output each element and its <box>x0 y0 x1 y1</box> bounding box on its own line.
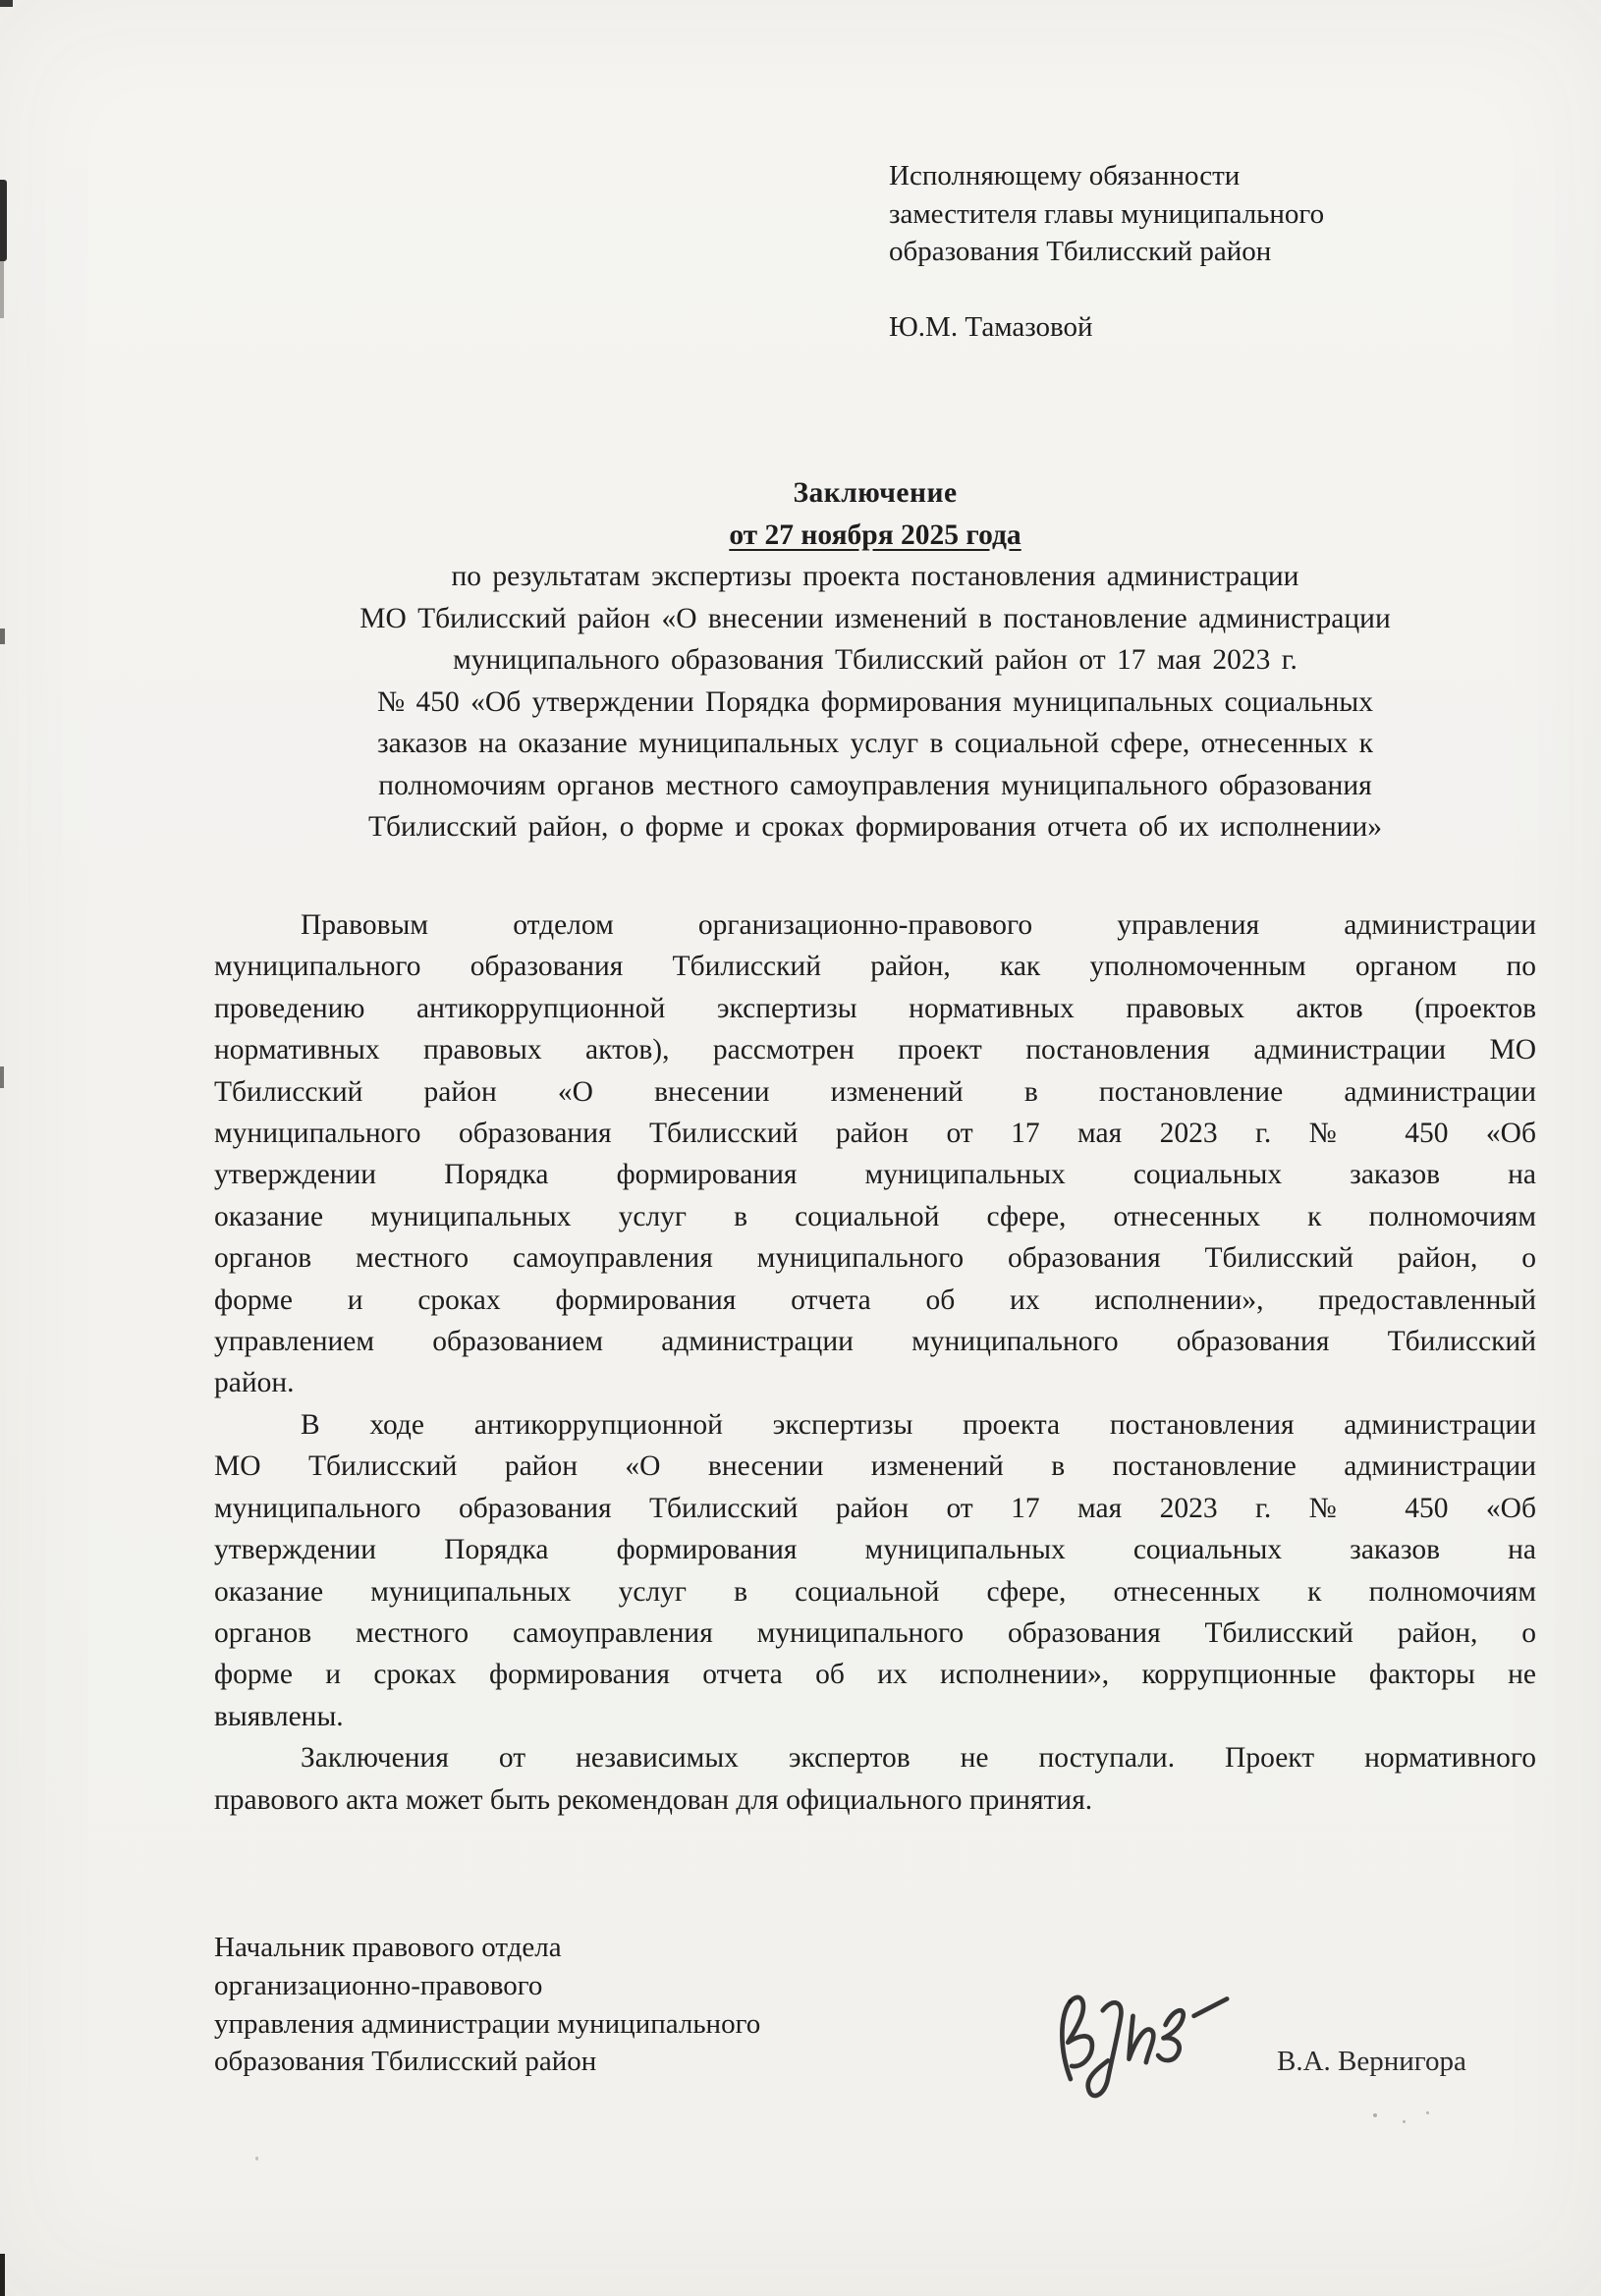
body-line: форме и сроках формирования отчета об их… <box>214 1654 1536 1695</box>
subtitle-line: заказов на оказание муниципальных услуг … <box>214 723 1536 765</box>
handwritten-signature-icon <box>1023 1960 1274 2125</box>
subtitle-line: муниципального образования Тбилисский ра… <box>214 639 1536 682</box>
addressee-line: Исполняющему обязанности <box>889 157 1324 195</box>
body-line: органов местного самоуправления муниципа… <box>214 1613 1536 1654</box>
subtitle-line: № 450 «Об утверждении Порядка формирован… <box>214 682 1536 724</box>
paragraph-2: В ходе антикоррупционной экспертизы прое… <box>214 1404 1536 1737</box>
body-line: оказание муниципальных услуг в социально… <box>214 1571 1536 1613</box>
signoff-line: Начальник правового отдела <box>214 1929 760 1967</box>
body-line: утверждении Порядка формирования муницип… <box>214 1154 1536 1195</box>
heading-block: Заключение от 27 ноября 2025 года по рез… <box>214 472 1536 848</box>
body-line: управлением образованием администрации м… <box>214 1321 1536 1362</box>
scan-artifact <box>0 261 4 318</box>
body-line: МО Тбилисский район «О внесении изменени… <box>214 1446 1536 1487</box>
body-line: органов местного самоуправления муниципа… <box>214 1237 1536 1279</box>
document-body: Правовым отделом организационно-правовог… <box>214 904 1536 1821</box>
body-line: выявлены. <box>214 1696 1536 1737</box>
body-line: нормативных правовых актов), рассмотрен … <box>214 1029 1536 1070</box>
scan-artifact <box>0 0 13 7</box>
document-title: Заключение <box>214 472 1536 515</box>
signoff-block: Начальник правового отдела организационн… <box>214 1929 760 2081</box>
document-date: от 27 ноября 2025 года <box>214 515 1536 557</box>
body-line: Правовым отделом организационно-правовог… <box>214 904 1536 946</box>
signer-name: В.А. Вернигора <box>1277 2046 1466 2078</box>
scanned-document-page: Исполняющему обязанности заместителя гла… <box>0 0 1601 2296</box>
addressee-line: заместителя главы муниципального <box>889 195 1324 234</box>
body-line: муниципального образования Тбилисский ра… <box>214 1488 1536 1529</box>
signoff-line: управления администрации муниципального <box>214 2005 760 2044</box>
body-line: утверждении Порядка формирования муницип… <box>214 1529 1536 1570</box>
subtitle-line: полномочиям органов местного самоуправле… <box>214 765 1536 807</box>
body-line: правового акта может быть рекомендован д… <box>214 1779 1536 1821</box>
body-line: В ходе антикоррупционной экспертизы прое… <box>214 1404 1536 1446</box>
body-line: район. <box>214 1362 1536 1403</box>
subtitle-line: МО Тбилисский район «О внесении изменени… <box>214 598 1536 640</box>
scan-artifact <box>0 180 7 261</box>
body-line: форме и сроках формирования отчета об их… <box>214 1280 1536 1321</box>
body-line: муниципального образования Тбилисский ра… <box>214 946 1536 987</box>
scan-artifact <box>1373 2113 1377 2117</box>
addressee-block: Исполняющему обязанности заместителя гла… <box>889 157 1324 347</box>
scan-artifact <box>1403 2120 1406 2123</box>
addressee-line: образования Тбилисский район <box>889 233 1324 271</box>
paragraph-1: Правовым отделом организационно-правовог… <box>214 904 1536 1404</box>
addressee-name: Ю.М. Тамазовой <box>889 308 1324 347</box>
body-line: Тбилисский район «О внесении изменений в… <box>214 1071 1536 1113</box>
body-line: Заключения от независимых экспертов не п… <box>214 1737 1536 1778</box>
signoff-line: организационно-правового <box>214 1967 760 2005</box>
scan-artifact <box>255 2157 258 2160</box>
paragraph-3: Заключения от независимых экспертов не п… <box>214 1737 1536 1821</box>
scan-artifact <box>1426 2111 1429 2114</box>
scan-artifact <box>0 2254 5 2296</box>
signoff-line: образования Тбилисский район <box>214 2043 760 2081</box>
scan-artifact <box>0 1066 4 1088</box>
subtitle-line: Тбилисский район, о форме и сроках форми… <box>214 806 1536 848</box>
body-line: проведению антикоррупционной экспертизы … <box>214 988 1536 1029</box>
scan-artifact <box>0 629 5 644</box>
body-line: оказание муниципальных услуг в социально… <box>214 1196 1536 1237</box>
subtitle-line: по результатам экспертизы проекта постан… <box>214 556 1536 598</box>
body-line: муниципального образования Тбилисский ра… <box>214 1113 1536 1154</box>
